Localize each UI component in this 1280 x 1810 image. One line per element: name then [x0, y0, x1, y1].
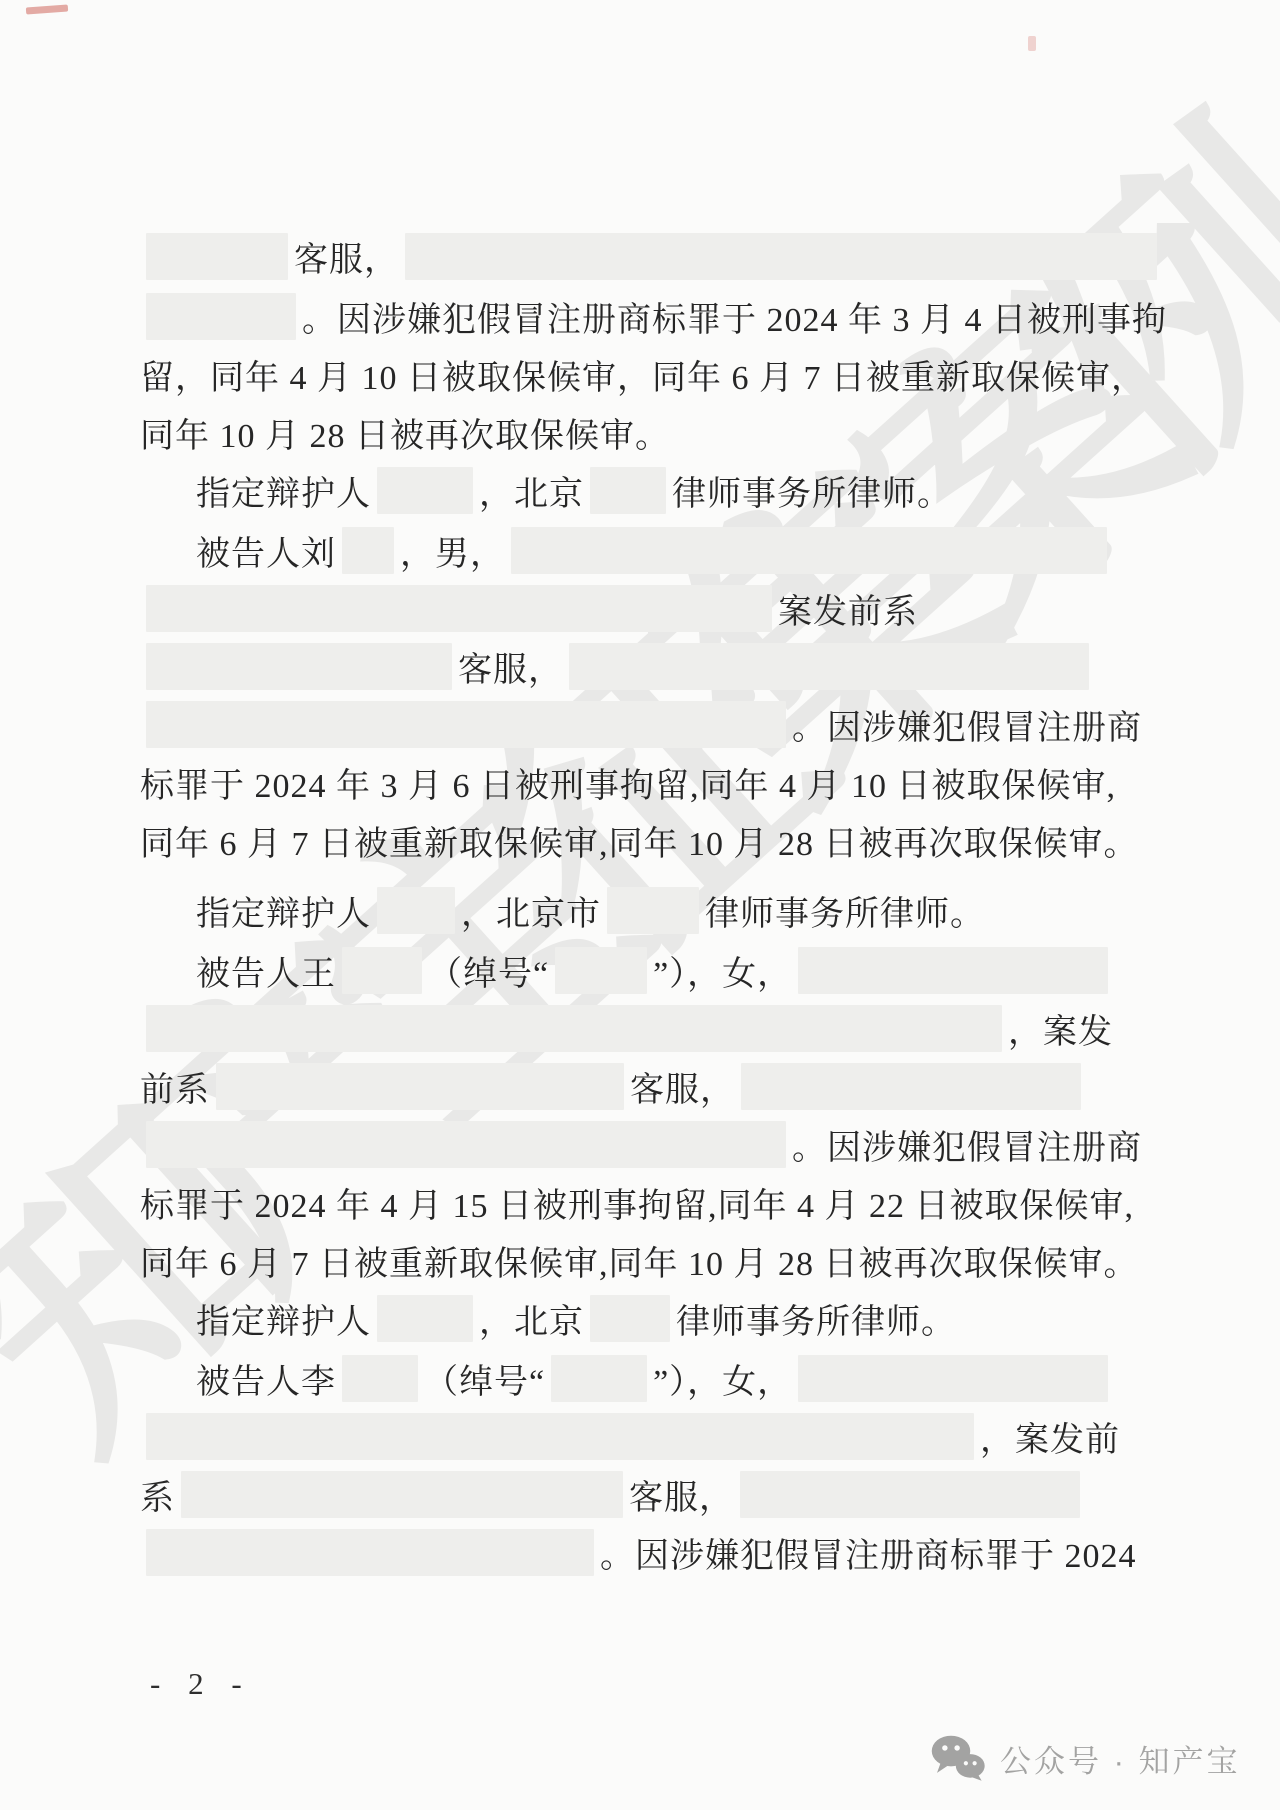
doc-text: 被告人刘 — [196, 526, 336, 575]
doc-line: 同年 6 月 7 日被重新取保候审,同年 10 月 28 日被再次取保候审。 — [140, 814, 1139, 866]
redaction-box — [146, 701, 786, 748]
scanned-court-document-page: 知产宝征集案例 客服，。因涉嫌犯假冒注册商标罪于 2024 年 3 月 4 日被… — [0, 0, 1280, 1810]
doc-text: （绰号“ — [428, 946, 549, 995]
doc-text: 律师事务所律师。 — [672, 466, 952, 515]
doc-line: 被告人王（绰号“”），女， — [196, 944, 1114, 996]
doc-text: 同年 6 月 7 日被重新取保候审,同年 10 月 28 日被再次取保候审。 — [140, 1236, 1139, 1285]
redaction-box — [551, 1355, 647, 1402]
redaction-box — [405, 233, 1157, 280]
doc-text: 同年 10 月 28 日被再次取保候审。 — [140, 408, 670, 457]
doc-text: 前系 — [140, 1062, 210, 1111]
redaction-box — [146, 1121, 786, 1168]
doc-line: 被告人刘，男， — [196, 524, 1113, 576]
doc-text: ，北京 — [479, 466, 584, 515]
doc-text: 标罪于 2024 年 4 月 15 日被刑事拘留,同年 4 月 22 日被取保候… — [140, 1178, 1134, 1227]
redaction-box — [181, 1471, 623, 1518]
redaction-box — [377, 1295, 473, 1342]
page-number: - 2 - — [150, 1666, 252, 1702]
doc-line: 。因涉嫌犯假冒注册商 — [140, 1118, 1142, 1170]
doc-text: 客服， — [629, 1470, 734, 1519]
redaction-box — [146, 585, 772, 632]
doc-line: 指定辩护人，北京律师事务所律师。 — [196, 1292, 956, 1344]
doc-line: 指定辩护人，北京律师事务所律师。 — [196, 464, 952, 516]
doc-text: 标罪于 2024 年 3 月 6 日被刑事拘留,同年 4 月 10 日被取保候审… — [140, 758, 1116, 807]
doc-line: 被告人李（绰号“”），女， — [196, 1352, 1114, 1404]
redaction-box — [377, 887, 455, 934]
doc-text: ，北京 — [479, 1294, 584, 1343]
doc-text: ，男， — [400, 526, 505, 575]
doc-line: 案发前系 — [140, 582, 918, 634]
doc-text: 。因涉嫌犯假冒注册商 — [792, 1120, 1142, 1169]
doc-line: 。因涉嫌犯假冒注册商 — [140, 698, 1142, 750]
redaction-box — [146, 233, 288, 280]
redaction-box — [342, 1355, 418, 1402]
doc-text: ，案发前 — [980, 1412, 1120, 1461]
doc-line: 指定辩护人，北京市律师事务所律师。 — [196, 884, 985, 936]
redaction-box — [377, 467, 473, 514]
doc-text: （绰号“ — [424, 1354, 545, 1403]
doc-text: ，北京市 — [461, 886, 601, 935]
redaction-box — [555, 947, 647, 994]
doc-line: 留，同年 4 月 10 日被取保候审，同年 6 月 7 日被重新取保候审， — [140, 348, 1146, 400]
doc-text: ，案发 — [1008, 1004, 1113, 1053]
doc-text: 被告人李 — [196, 1354, 336, 1403]
doc-text: 指定辩护人 — [196, 466, 371, 515]
doc-text: 客服， — [458, 642, 563, 691]
doc-line: ，案发前 — [140, 1410, 1120, 1462]
doc-line: 。因涉嫌犯假冒注册商标罪于 2024 — [140, 1526, 1137, 1578]
doc-text: 律师事务所律师。 — [676, 1294, 956, 1343]
doc-line: 前系客服， — [140, 1060, 1087, 1112]
doc-line: 同年 10 月 28 日被再次取保候审。 — [140, 406, 670, 458]
doc-text: 系 — [140, 1470, 175, 1519]
doc-text: 被告人王 — [196, 946, 336, 995]
doc-text: 。因涉嫌犯假冒注册商 — [792, 700, 1142, 749]
doc-text: 律师事务所律师。 — [705, 886, 985, 935]
doc-text: 同年 6 月 7 日被重新取保候审,同年 10 月 28 日被再次取保候审。 — [140, 816, 1139, 865]
doc-line: 。因涉嫌犯假冒注册商标罪于 2024 年 3 月 4 日被刑事拘 — [140, 290, 1167, 342]
redaction-box — [590, 1295, 670, 1342]
doc-text: 指定辩护人 — [196, 1294, 371, 1343]
doc-text: 留，同年 4 月 10 日被取保候审，同年 6 月 7 日被重新取保候审， — [140, 350, 1146, 399]
doc-text: 指定辩护人 — [196, 886, 371, 935]
doc-line: 同年 6 月 7 日被重新取保候审,同年 10 月 28 日被再次取保候审。 — [140, 1234, 1139, 1286]
redaction-box — [741, 1063, 1081, 1110]
footer-label: 公众号 · 知产宝 — [1000, 1736, 1241, 1781]
doc-text: 客服， — [294, 232, 399, 281]
doc-text: 案发前系 — [778, 584, 918, 633]
redaction-box — [146, 1529, 594, 1576]
redaction-box — [511, 527, 1107, 574]
redaction-box — [146, 1005, 1002, 1052]
doc-line: 客服， — [140, 230, 1163, 282]
doc-text: 。因涉嫌犯假冒注册商标罪于 2024 — [600, 1528, 1137, 1577]
doc-text: ”），女， — [653, 946, 792, 995]
doc-line: 客服， — [140, 640, 1095, 692]
redaction-box — [798, 1355, 1108, 1402]
doc-line: ，案发 — [140, 1002, 1113, 1054]
document-body: 客服，。因涉嫌犯假冒注册商标罪于 2024 年 3 月 4 日被刑事拘留，同年 … — [0, 0, 1280, 1810]
redaction-box — [740, 1471, 1080, 1518]
doc-text: 客服， — [630, 1062, 735, 1111]
redaction-box — [216, 1063, 624, 1110]
doc-text: ”），女， — [653, 1354, 792, 1403]
doc-line: 系客服， — [140, 1468, 1086, 1520]
redaction-box — [146, 293, 296, 340]
doc-line: 标罪于 2024 年 4 月 15 日被刑事拘留,同年 4 月 22 日被取保候… — [140, 1176, 1134, 1228]
footer-branding: 公众号 · 知产宝 — [930, 1734, 1241, 1782]
redaction-box — [590, 467, 666, 514]
redaction-box — [798, 947, 1108, 994]
redaction-box — [342, 527, 394, 574]
redaction-box — [569, 643, 1089, 690]
redaction-box — [146, 643, 452, 690]
doc-line: 标罪于 2024 年 3 月 6 日被刑事拘留,同年 4 月 10 日被取保候审… — [140, 756, 1116, 808]
redaction-box — [342, 947, 422, 994]
doc-text: 。因涉嫌犯假冒注册商标罪于 2024 年 3 月 4 日被刑事拘 — [302, 292, 1167, 341]
wechat-icon — [930, 1734, 986, 1782]
redaction-box — [607, 887, 699, 934]
redaction-box — [146, 1413, 974, 1460]
